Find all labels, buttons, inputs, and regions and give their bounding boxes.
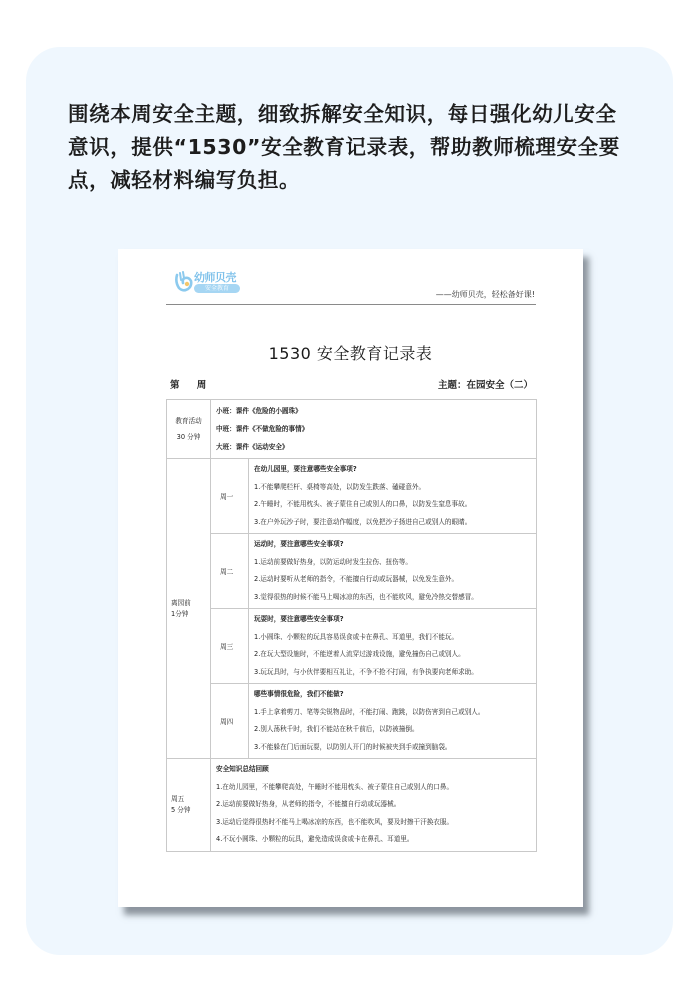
day-point: 3.玩玩具时，与小伙伴要相互礼让，不争不抢不打闹，有争执要向老师求助。: [254, 664, 531, 682]
header-divider: [166, 304, 536, 305]
friday-content: 安全知识总结回顾 1.在幼儿园里，不能攀爬高处，午睡时不能用枕头、被子蒙住自己或…: [211, 759, 537, 852]
day-question: 运动时，要注意哪些安全事项?: [254, 536, 531, 554]
intro-text: 围绕本周安全主题，细致拆解安全知识，每日强化幼儿安全意识，提供“1530”安全教…: [68, 98, 628, 197]
table-row-thursday: 周四 哪些事情很危险，我们不能做? 1.手上拿着剪刀、笔等尖锐物品时，不能打闹、…: [167, 684, 537, 759]
record-table: 教育活动 30 分钟 小班：课件《危险的小圆珠》 中班：课件《不做危险的事情》 …: [166, 399, 537, 852]
friday-point: 2.运动前要做好热身，从老师的指令，不能擅自行动或玩器械。: [216, 796, 531, 814]
day-point: 2.午睡时，不能用枕头、被子蒙住自己或别人的口鼻，以防发生窒息事故。: [254, 496, 531, 514]
table-row-friday: 周五 5 分钟 安全知识总结回顾 1.在幼儿园里，不能攀爬高处，午睡时不能用枕头…: [167, 759, 537, 852]
friday-point: 4.不玩小圆珠、小颗粒的玩具，避免造成误食或卡在鼻孔、耳道里。: [216, 831, 531, 849]
day-question: 哪些事情很危险，我们不能做?: [254, 686, 531, 704]
day-point: 1.不能攀爬栏杆、桌椅等高处，以防发生跌落、磕碰意外。: [254, 479, 531, 497]
day-question: 玩耍时，要注意哪些安全事项?: [254, 611, 531, 629]
education-item: 大班：课件《运动安全》: [216, 438, 531, 456]
day-point: 1.小圆珠、小颗粒的玩具容易误食或卡在鼻孔、耳道里，我们不能玩。: [254, 629, 531, 647]
friday-label-duration: 5 分钟: [171, 805, 210, 816]
education-item: 中班：课件《不做危险的事情》: [216, 420, 531, 438]
friday-label-title: 周五: [171, 794, 210, 805]
day-point: 3.在户外玩沙子时，要注意动作幅度，以免把沙子扬进自己或别人的眼睛。: [254, 514, 531, 532]
table-row-education: 教育活动 30 分钟 小班：课件《危险的小圆珠》 中班：课件《不做危险的事情》 …: [167, 400, 537, 459]
day-point: 3.觉得很热的时候不能马上喝冰凉的东西，也不能吹风，避免冷热交替感冒。: [254, 589, 531, 607]
day-content: 玩耍时，要注意哪些安全事项? 1.小圆珠、小颗粒的玩具容易误食或卡在鼻孔、耳道里…: [249, 609, 537, 684]
table-row-tuesday: 周二 运动时，要注意哪些安全事项? 1.运动前要做好热身，以防运动时发生拉伤、扭…: [167, 534, 537, 609]
day-content: 运动时，要注意哪些安全事项? 1.运动前要做好热身，以防运动时发生拉伤、扭伤等。…: [249, 534, 537, 609]
slogan: ——幼师贝壳，轻松备好课!: [436, 289, 535, 300]
brand-logo: 幼师贝壳 安全教育: [174, 269, 264, 297]
day-point: 2.别人荡秋千时，我们不能站在秋千前后，以防被撞倒。: [254, 721, 531, 739]
education-label-duration: 30 分钟: [167, 432, 210, 443]
day-point: 1.运动前要做好热身，以防运动时发生拉伤、扭伤等。: [254, 554, 531, 572]
education-item: 小班：课件《危险的小圆珠》: [216, 402, 531, 420]
day-content: 哪些事情很危险，我们不能做? 1.手上拿着剪刀、笔等尖锐物品时，不能打闹、跑跳，…: [249, 684, 537, 759]
day-label: 周二: [211, 534, 249, 609]
before-leaving-title: 离园前: [171, 598, 210, 609]
table-row-wednesday: 周三 玩耍时，要注意哪些安全事项? 1.小圆珠、小颗粒的玩具容易误食或卡在鼻孔、…: [167, 609, 537, 684]
friday-label: 周五 5 分钟: [167, 759, 211, 852]
day-point: 1.手上拿着剪刀、笔等尖锐物品时，不能打闹、跑跳，以防伤害到自己或别人。: [254, 704, 531, 722]
before-leaving-label: 离园前 1分钟: [167, 459, 211, 759]
education-label: 教育活动 30 分钟: [167, 400, 211, 459]
education-content: 小班：课件《危险的小圆珠》 中班：课件《不做危险的事情》 大班：课件《运动安全》: [211, 400, 537, 459]
theme-label: 主题：在园安全（二）: [438, 377, 533, 391]
friday-point: 1.在幼儿园里，不能攀爬高处，午睡时不能用枕头、被子蒙住自己或别人的口鼻。: [216, 779, 531, 797]
logo-text: 幼师贝壳: [194, 269, 236, 285]
logo-subtitle: 安全教育: [194, 284, 240, 293]
shell-hand-icon: [174, 271, 193, 293]
day-label: 周四: [211, 684, 249, 759]
day-content: 在幼儿园里，要注意哪些安全事项? 1.不能攀爬栏杆、桌椅等高处，以防发生跌落、磕…: [249, 459, 537, 534]
week-label: 第 周: [170, 377, 206, 391]
day-point: 3.不能躲在门后面玩耍，以防别人开门的时候被夹到手或撞到脑袋。: [254, 739, 531, 757]
education-label-title: 教育活动: [167, 416, 210, 427]
before-leaving-duration: 1分钟: [171, 609, 210, 620]
document-preview: 幼师贝壳 安全教育 ——幼师贝壳，轻松备好课! 1530 安全教育记录表 第 周…: [118, 249, 583, 907]
friday-point: 3.运动后觉得很热时不能马上喝冰凉的东西，也不能吹风，要及时擦干汗换衣服。: [216, 814, 531, 832]
day-point: 2.运动时要听从老师的指令，不能擅自行动或玩器械，以免发生意外。: [254, 571, 531, 589]
day-question: 在幼儿园里，要注意哪些安全事项?: [254, 461, 531, 479]
day-label: 周三: [211, 609, 249, 684]
day-label: 周一: [211, 459, 249, 534]
table-row-monday: 离园前 1分钟 周一 在幼儿园里，要注意哪些安全事项? 1.不能攀爬栏杆、桌椅等…: [167, 459, 537, 534]
day-point: 2.在玩大型设施时，不能逆着人流穿过游戏设施，避免撞伤自己或别人。: [254, 646, 531, 664]
friday-question: 安全知识总结回顾: [216, 761, 531, 779]
document-title: 1530 安全教育记录表: [118, 341, 583, 364]
